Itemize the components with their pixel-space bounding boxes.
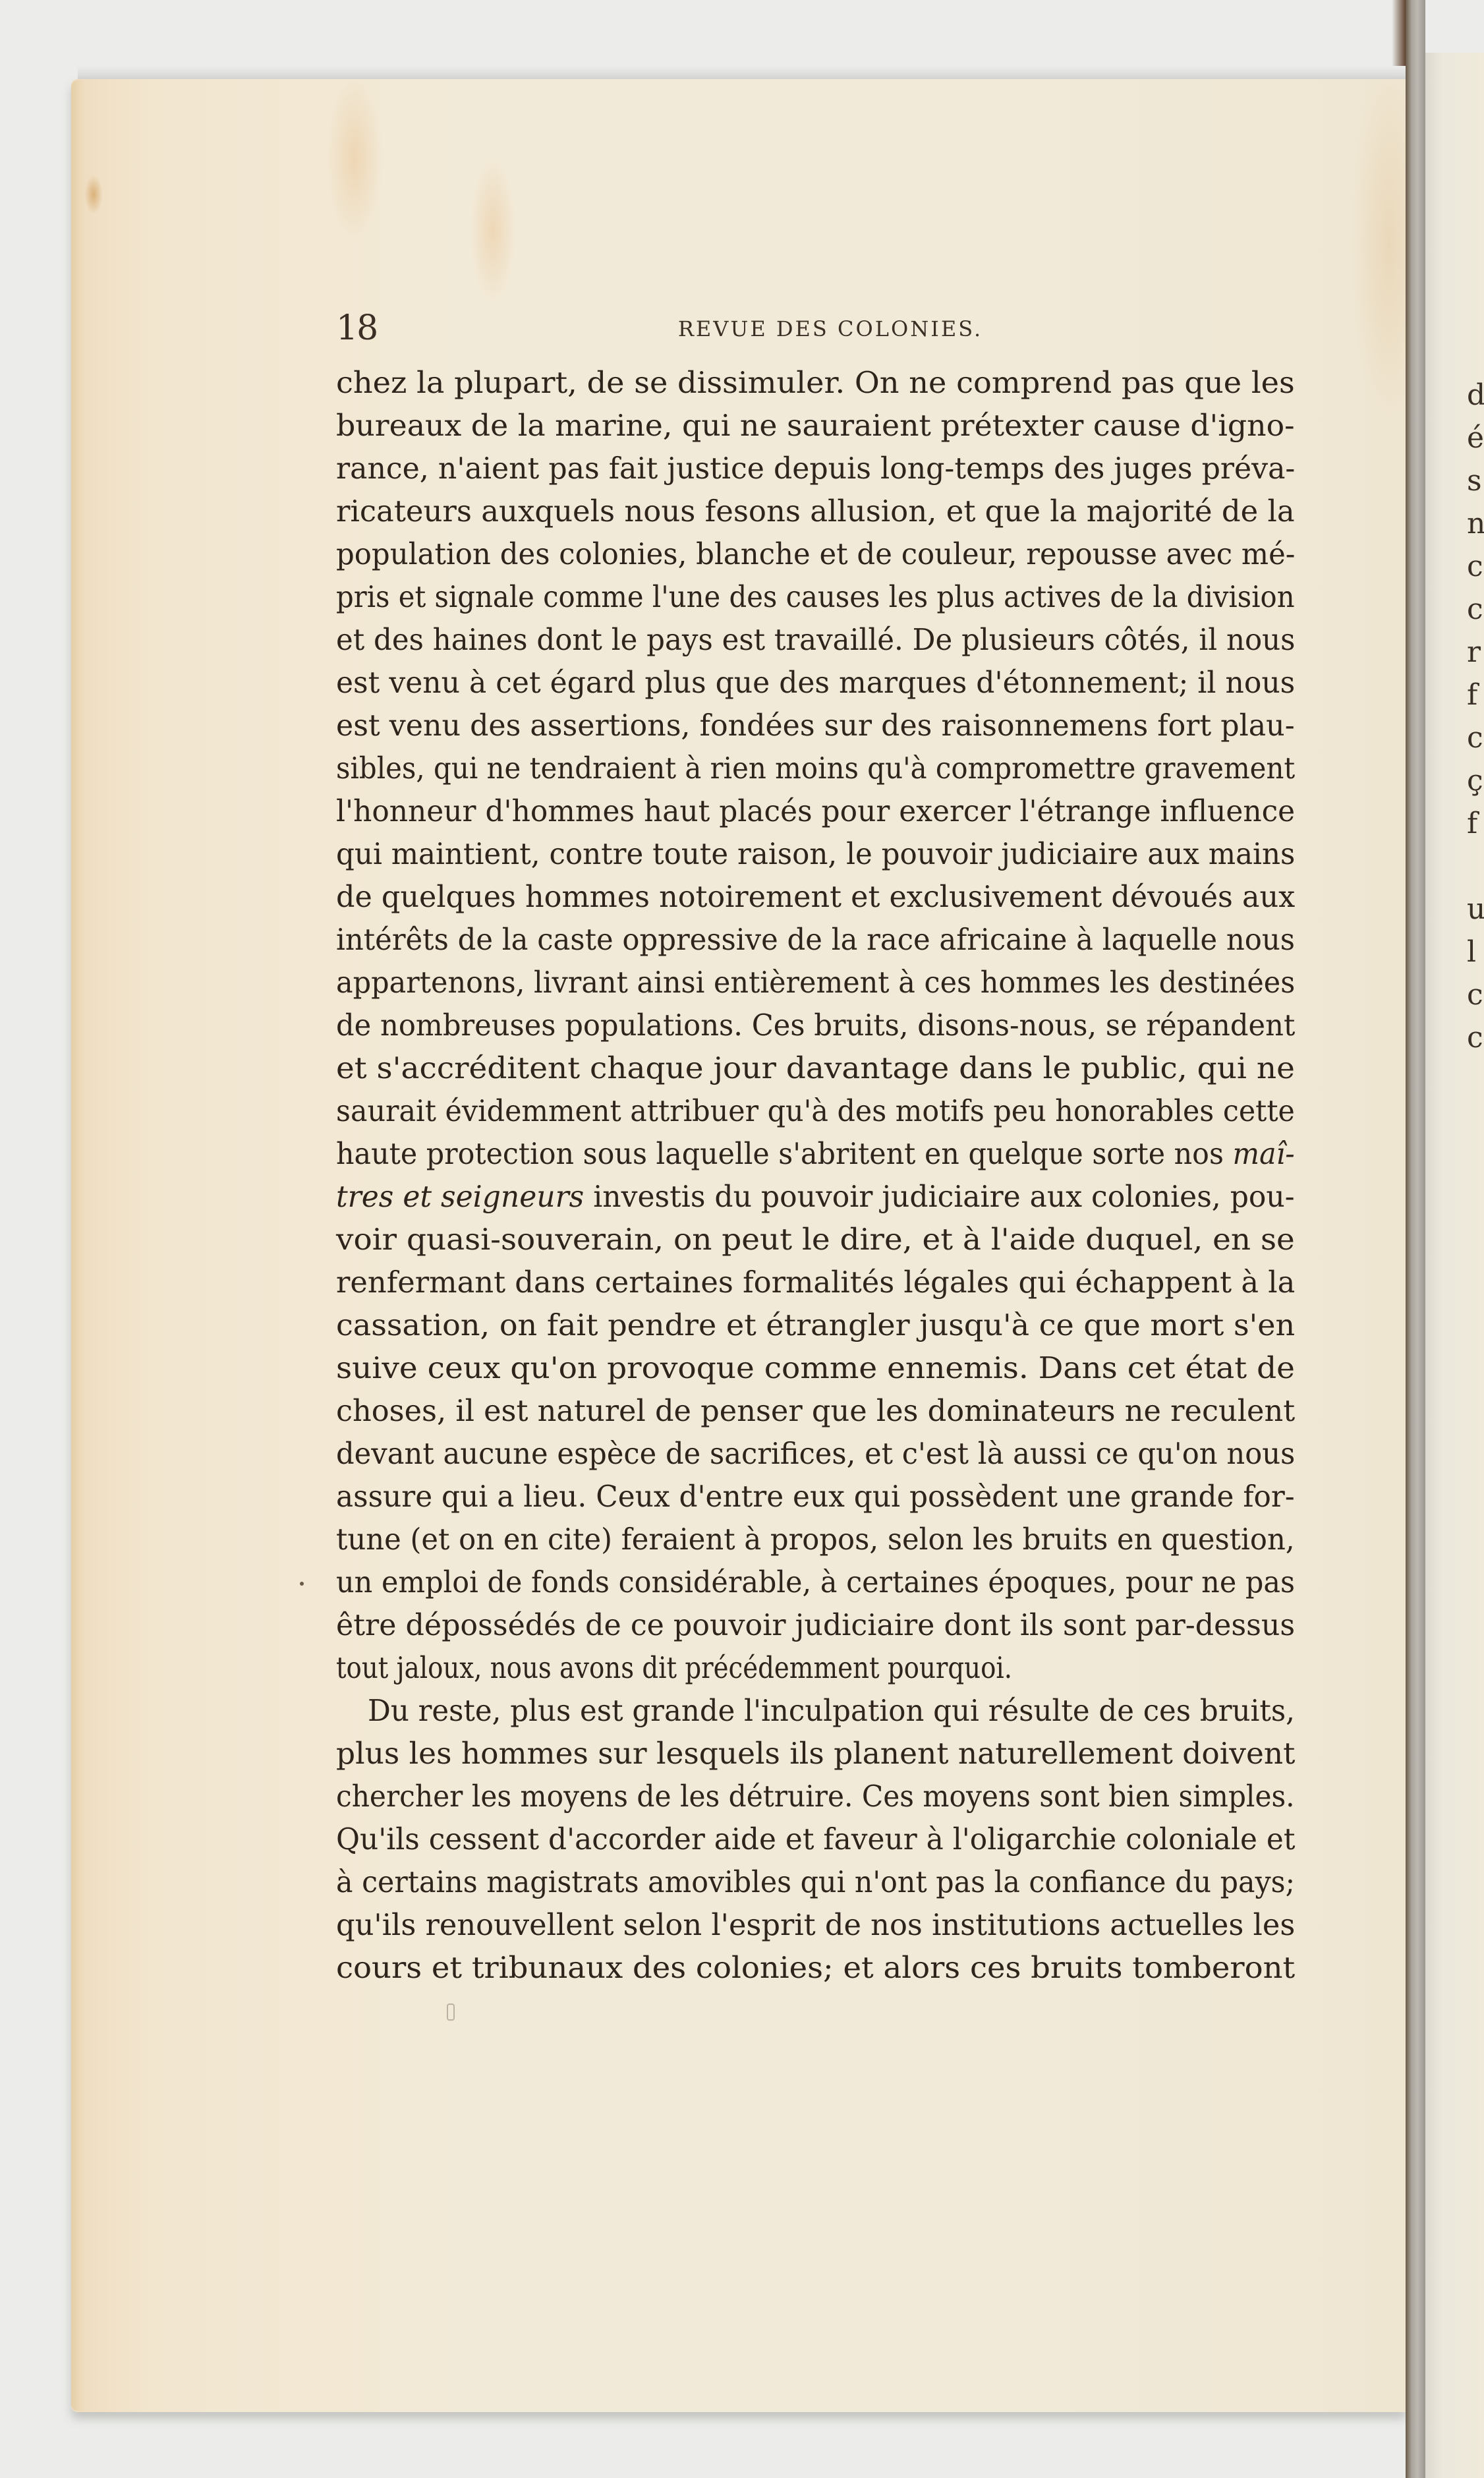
text-line: qui maintient, contre toute raison, le p…: [336, 832, 1295, 875]
ink-speck: [300, 1582, 304, 1586]
text-line: devant aucune espèce de sacrifices, et c…: [336, 1432, 1295, 1475]
text-segment: haute protection sous laquelle s'abriten…: [336, 1136, 1233, 1171]
text-line: ricateurs auxquels nous fesons allusion,…: [336, 490, 1295, 533]
text-line: voir quasi-souverain, on peut le dire, e…: [336, 1218, 1295, 1261]
facing-page-glyph: c: [1467, 1023, 1483, 1052]
facing-page-glyph: f: [1467, 809, 1477, 838]
text-segment: investis du pouvoir judiciaire aux colon…: [584, 1179, 1294, 1214]
facing-page-glyph: f: [1467, 681, 1477, 710]
foxing-stain: [84, 175, 103, 214]
text-line: suive ceux qu'on provoque comme ennemis.…: [336, 1346, 1295, 1389]
gutter-shadow: [1392, 0, 1406, 66]
text-line: renfermant dans certaines formalités lég…: [336, 1261, 1295, 1304]
paper-mark: [447, 2003, 455, 2021]
facing-page-glyph: ç: [1467, 766, 1483, 795]
text-line: assure qui a lieu. Ceux d'entre eux qui …: [336, 1475, 1295, 1518]
book-gutter: [1406, 0, 1425, 2478]
text-line: être dépossédés de ce pouvoir judiciaire…: [336, 1603, 1295, 1646]
text-line: plus les hommes sur lesquels ils planent…: [336, 1732, 1295, 1775]
text-line: qu'ils renouvellent selon l'esprit de no…: [336, 1903, 1295, 1946]
facing-page-glyph: l: [1467, 938, 1476, 967]
facing-page-glyph: c: [1467, 981, 1483, 1010]
text-line: population des colonies, blanche et de c…: [336, 533, 1295, 575]
facing-page-glyph: r: [1467, 638, 1481, 667]
text-line: rance, n'aient pas fait justice depuis l…: [336, 447, 1295, 490]
running-head: 18 REVUE DES COLONIES.: [336, 308, 1298, 348]
facing-page-glyph: d: [1467, 381, 1484, 410]
text-line: un emploi de fonds considérable, à certa…: [336, 1561, 1295, 1603]
body-text: chez la plupart, de se dissimuler. On ne…: [336, 361, 1295, 1989]
facing-page-glyph: c: [1467, 552, 1483, 581]
text-line: chercher les moyens de les détruire. Ces…: [336, 1775, 1295, 1818]
page-edge: [71, 80, 86, 2411]
text-line: de quelques hommes notoirement et exclus…: [336, 875, 1295, 918]
text-line: est venu à cet égard plus que des marque…: [336, 661, 1295, 704]
facing-page-glyph: n: [1467, 509, 1484, 538]
text-line: intérêts de la caste oppressive de la ra…: [336, 918, 1295, 961]
facing-page-glyph: u: [1467, 895, 1484, 924]
text-line: Qu'ils cessent d'accorder aide et faveur…: [336, 1818, 1295, 1860]
italic-text: maî-: [1233, 1136, 1295, 1171]
facing-page-glyph: s: [1467, 467, 1482, 496]
text-line: pris et signale comme l'une des causes l…: [336, 575, 1295, 618]
journal-title: REVUE DES COLONIES.: [336, 316, 1298, 341]
text-line: l'honneur d'hommes haut placés pour exer…: [336, 790, 1295, 832]
facing-page: [1425, 53, 1484, 2478]
text-line: de nombreuses populations. Ces bruits, d…: [336, 1004, 1295, 1047]
text-line: tres et seigneurs investis du pouvoir ju…: [336, 1175, 1295, 1218]
text-line: tout jaloux, nous avons dit précédemment…: [336, 1646, 1295, 1689]
text-line: haute protection sous laquelle s'abriten…: [336, 1132, 1295, 1175]
text-line: sibles, qui ne tendraient à rien moins q…: [336, 747, 1295, 790]
text-line: et s'accréditent chaque jour davantage d…: [336, 1047, 1295, 1089]
italic-text: tres et seigneurs: [336, 1179, 584, 1214]
text-line: cassation, on fait pendre et étrangler j…: [336, 1304, 1295, 1346]
text-line: et des haines dont le pays est travaillé…: [336, 618, 1295, 661]
facing-page-glyph: é: [1467, 424, 1484, 453]
text-line: chez la plupart, de se dissimuler. On ne…: [336, 361, 1295, 404]
text-line: choses, il est naturel de penser que les…: [336, 1389, 1295, 1432]
text-line: à certains magistrats amovibles qui n'on…: [336, 1860, 1295, 1903]
facing-page-glyph: c: [1467, 724, 1483, 753]
facing-page-glyph: c: [1467, 595, 1483, 624]
text-line: appartenons, livrant ainsi entièrement à…: [336, 961, 1295, 1004]
text-line: est venu des assertions, fondées sur des…: [336, 704, 1295, 747]
text-line: saurait évidemment attribuer qu'à des mo…: [336, 1089, 1295, 1132]
paragraph-first-line: Du reste, plus est grande l'inculpation …: [336, 1689, 1295, 1732]
text-line: cours et tribunaux des colonies; et alor…: [336, 1946, 1295, 1989]
text-line: bureaux de la marine, qui ne sauraient p…: [336, 404, 1295, 447]
text-line: tune (et on en cite) feraient à propos, …: [336, 1518, 1295, 1561]
